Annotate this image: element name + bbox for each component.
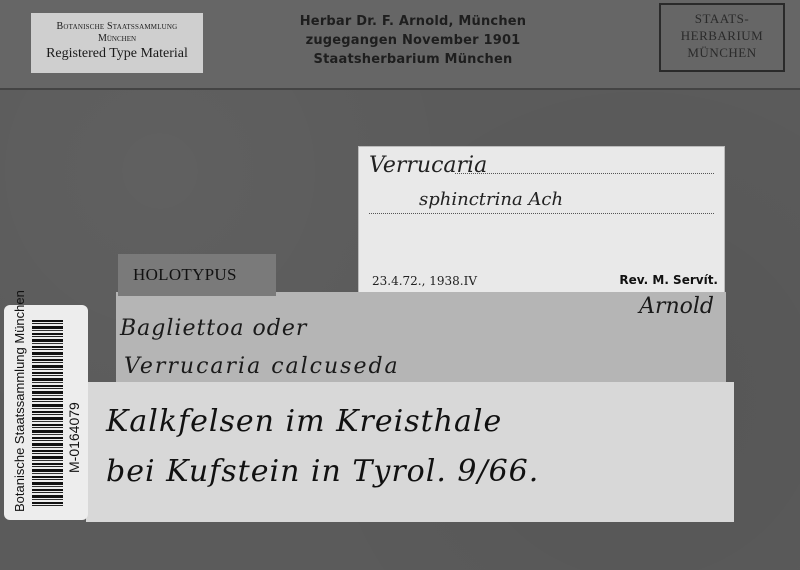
old-label-line1: Bagliettoa oder [120,316,307,341]
holotypus-label: HOLOTYPUS [118,254,276,296]
old-label-line2: Verrucaria calcuseda [124,354,400,379]
species-name: sphinctrina Ach [419,189,563,210]
arnold-stamp-line3: Staatsherbarium München [268,50,558,69]
determination-card: Verrucaria sphinctrina Ach 23.4.72., 193… [358,146,725,293]
institution-city: München [31,33,203,44]
top-flap: Botanische Staatssammlung München Regist… [0,0,800,90]
dotted-line [369,213,714,214]
genus-name: Verrucaria [369,153,487,178]
barcode-institution: Botanische Staatssammlung München [12,312,27,512]
original-arnold-label: Arnold Bagliettoa oder Verrucaria calcus… [116,292,726,382]
dotted-line [455,173,714,174]
locality-label: Kalkfelsen im Kreisthale bei Kufstein in… [86,382,734,522]
herbarium-sheet: Botanische Staatssammlung München Regist… [0,0,800,570]
barcode-icon [32,320,63,508]
staats-stamp-line3: MÜNCHEN [661,44,783,61]
specimen-id: M-0164079 [66,402,82,473]
staats-stamp-line2: HERBARIUM [661,27,783,44]
reviser-name: Rev. M. Servít. [619,273,718,287]
registered-type-text: Registered Type Material [31,46,203,62]
determination-date: 23.4.72., 1938.IV [372,274,477,288]
arnold-stamp-line1: Herbar Dr. F. Arnold, München [268,12,558,31]
barcode-card: Botanische Staatssammlung München M-0164… [4,305,88,520]
arnold-herbarium-stamp: Herbar Dr. F. Arnold, München zugegangen… [268,12,558,69]
staats-stamp-line1: STAATS- [661,10,783,27]
locality-line1: Kalkfelsen im Kreisthale [106,404,502,439]
locality-line2: bei Kufstein in Tyrol. 9/66. [106,454,539,489]
institution-name: Botanische Staatssammlung [31,21,203,32]
arnold-stamp-line2: zugegangen November 1901 [268,31,558,50]
registered-type-material-label: Botanische Staatssammlung München Regist… [31,13,203,73]
arnold-signature: Arnold [639,294,714,319]
staatsherbarium-stamp: STAATS- HERBARIUM MÜNCHEN [659,3,785,72]
